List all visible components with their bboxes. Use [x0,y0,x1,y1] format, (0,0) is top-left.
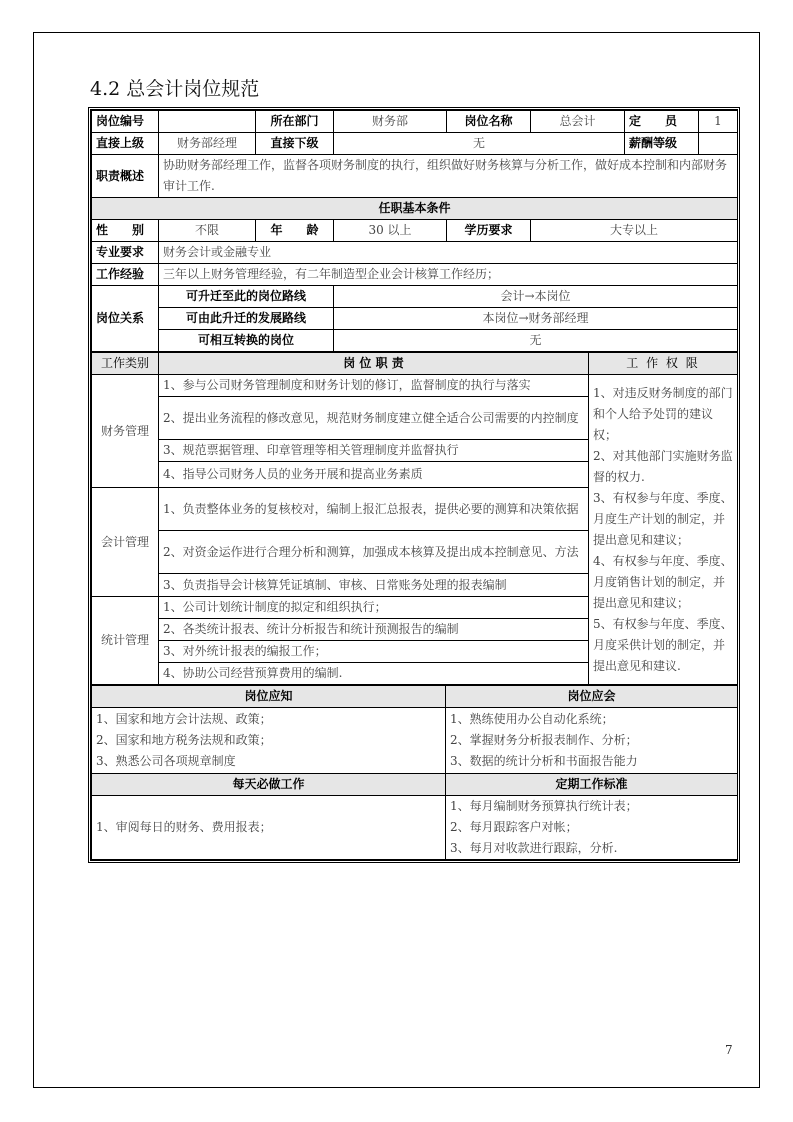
daily-work-list: 1、审阅每日的财务、费用报表； [92,796,446,860]
periodic-work-title: 定期工作标准 [446,774,738,796]
periodic-work-item: 3、每月对收款进行跟踪，分析. [450,838,733,859]
position-code-label: 岗位编号 [92,111,159,133]
rights-header: 工 作 权 限 [589,353,738,375]
duty-item: 2、提出业务流程的修改意见，规范财务制度建立健全适合公司需要的内控制度 [159,397,589,440]
must-master-list: 1、熟练使用办公自动化系统； 2、掌握财务分析报表制作、分析； 3、数据的统计分… [446,708,738,774]
relation-row-2: 可由此升迁的发展路线 本岗位→财务部经理 [92,308,738,330]
must-master-item: 1、熟练使用办公自动化系统； [450,709,733,730]
requirements-section-title: 任职基本条件 [92,198,738,220]
duties-header: 岗 位 职 责 [159,353,589,375]
major-label: 专业要求 [92,242,159,264]
basic-info-row-1: 岗位编号 所在部门 财务部 岗位名称 总会计 定 员 1 [92,111,738,133]
position-code-value [159,111,256,133]
education-label: 学历要求 [447,220,531,242]
summary-value: 协助财务部经理工作，监督各项财务制度的执行，组织做好财务核算与分析工作，做好成本… [159,155,738,198]
duty-row: 财务管理 1、参与公司财务管理制度和财务计划的修订，监督制度的执行与落实 1、对… [92,375,738,397]
department-value: 财务部 [334,111,447,133]
duty-item: 1、参与公司财务管理制度和财务计划的修订，监督制度的执行与落实 [159,375,589,397]
relation-row-3: 可相互转换的岗位 无 [92,330,738,352]
duties-category-header: 工作类别 [92,353,159,375]
duty-category-finance: 财务管理 [92,375,159,488]
must-master-item: 2、掌握财务分析报表制作、分析； [450,730,733,751]
duty-item: 4、协助公司经营预算费用的编制. [159,663,589,685]
knowledge-header-row: 岗位应知 岗位应会 [92,686,738,708]
gender-label: 性 别 [92,220,159,242]
direct-superior-value: 财务部经理 [159,133,256,155]
relation-row-1: 岗位关系 可升迁至此的岗位路线 会计→本岗位 [92,286,738,308]
work-content-row: 1、审阅每日的财务、费用报表； 1、每月编制财务预算执行统计表； 2、每月跟踪客… [92,796,738,860]
duty-item: 4、指导公司财务人员的业务开展和提高业务素质 [159,462,589,488]
must-know-item: 3、熟悉公司各项规章制度 [96,751,441,772]
must-know-title: 岗位应知 [92,686,446,708]
salary-grade-value [699,133,738,155]
periodic-work-item: 2、每月跟踪客户对帐； [450,817,733,838]
must-know-item: 1、国家和地方会计法规、政策； [96,709,441,730]
rights-item: 4、有权参与年度、季度、月度销售计划的制定，并提出意见和建议； [593,551,733,614]
daily-work-title: 每天必做工作 [92,774,446,796]
major-row: 专业要求 财务会计或金融专业 [92,242,738,264]
page-number: 7 [725,1043,733,1057]
must-master-title: 岗位应会 [446,686,738,708]
duty-item: 3、对外统计报表的编报工作； [159,641,589,663]
work-header-row: 每天必做工作 定期工作标准 [92,774,738,796]
relation-label-2: 可由此升迁的发展路线 [159,308,334,330]
department-label: 所在部门 [256,111,334,133]
education-value: 大专以上 [531,220,738,242]
duty-item: 3、负责指导会计核算凭证填制、审核、日常账务处理的报表编制 [159,574,589,597]
summary-row: 职责概述 协助财务部经理工作，监督各项财务制度的执行，组织做好财务核算与分析工作… [92,155,738,198]
requirements-row-1: 性 别 不限 年 龄 30 以上 学历要求 大专以上 [92,220,738,242]
rights-item: 5、有权参与年度、季度、月度采供计划的制定，并提出意见和建议. [593,614,733,677]
knowledge-content-row: 1、国家和地方会计法规、政策； 2、国家和地方税务法规和政策； 3、熟悉公司各项… [92,708,738,774]
rights-item: 2、对其他部门实施财务监督的权力. [593,446,733,488]
gender-value: 不限 [159,220,256,242]
headcount-value: 1 [699,111,738,133]
relation-label-1: 可升迁至此的岗位路线 [159,286,334,308]
experience-row: 工作经验 三年以上财务管理经验，有二年制造型企业会计核算工作经历； [92,264,738,286]
duty-item: 3、规范票据管理、印章管理等相关管理制度并监督执行 [159,440,589,462]
experience-label: 工作经验 [92,264,159,286]
duty-item: 2、对资金运作进行合理分析和测算，加强成本核算及提出成本控制意见、方法 [159,531,589,574]
rights-item: 3、有权参与年度、季度、月度生产计划的制定，并提出意见和建议； [593,488,733,551]
headcount-label: 定 员 [625,111,699,133]
rights-item: 1、对违反财务制度的部门和个人给予处罚的建议权； [593,383,733,446]
duties-header-row: 工作类别 岗 位 职 责 工 作 权 限 [92,353,738,375]
rights-cell: 1、对违反财务制度的部门和个人给予处罚的建议权； 2、对其他部门实施财务监督的权… [589,375,738,685]
periodic-work-list: 1、每月编制财务预算执行统计表； 2、每月跟踪客户对帐； 3、每月对收款进行跟踪… [446,796,738,860]
requirements-header-row: 任职基本条件 [92,198,738,220]
daily-work-item: 1、审阅每日的财务、费用报表； [96,817,441,838]
must-know-item: 2、国家和地方税务法规和政策； [96,730,441,751]
position-spec-table: 岗位编号 所在部门 财务部 岗位名称 总会计 定 员 1 直接上级 财务部经理 … [88,107,740,863]
relation-value-2: 本岗位→财务部经理 [334,308,738,330]
direct-superior-label: 直接上级 [92,133,159,155]
relation-label-3: 可相互转换的岗位 [159,330,334,352]
experience-value: 三年以上财务管理经验，有二年制造型企业会计核算工作经历； [159,264,738,286]
major-value: 财务会计或金融专业 [159,242,738,264]
direct-subordinate-value: 无 [334,133,625,155]
must-master-item: 3、数据的统计分析和书面报告能力 [450,751,733,772]
age-value: 30 以上 [334,220,447,242]
basic-info-row-2: 直接上级 财务部经理 直接下级 无 薪酬等级 [92,133,738,155]
summary-label: 职责概述 [92,155,159,198]
duty-item: 1、负责整体业务的复核校对，编制上报汇总报表，提供必要的测算和决策依据 [159,488,589,531]
relation-value-3: 无 [334,330,738,352]
periodic-work-item: 1、每月编制财务预算执行统计表； [450,796,733,817]
must-know-list: 1、国家和地方会计法规、政策； 2、国家和地方税务法规和政策； 3、熟悉公司各项… [92,708,446,774]
position-name-label: 岗位名称 [447,111,531,133]
duty-category-accounting: 会计管理 [92,488,159,597]
duty-item: 1、公司计划统计制度的拟定和组织执行； [159,597,589,619]
direct-subordinate-label: 直接下级 [256,133,334,155]
document-title: 4.2 总会计岗位规范 [90,74,259,101]
duty-category-statistics: 统计管理 [92,597,159,685]
duty-item: 2、各类统计报表、统计分析报告和统计预测报告的编制 [159,619,589,641]
salary-grade-label: 薪酬等级 [625,133,699,155]
position-name-value: 总会计 [531,111,625,133]
age-label: 年 龄 [256,220,334,242]
relations-label: 岗位关系 [92,286,159,352]
relation-value-1: 会计→本岗位 [334,286,738,308]
